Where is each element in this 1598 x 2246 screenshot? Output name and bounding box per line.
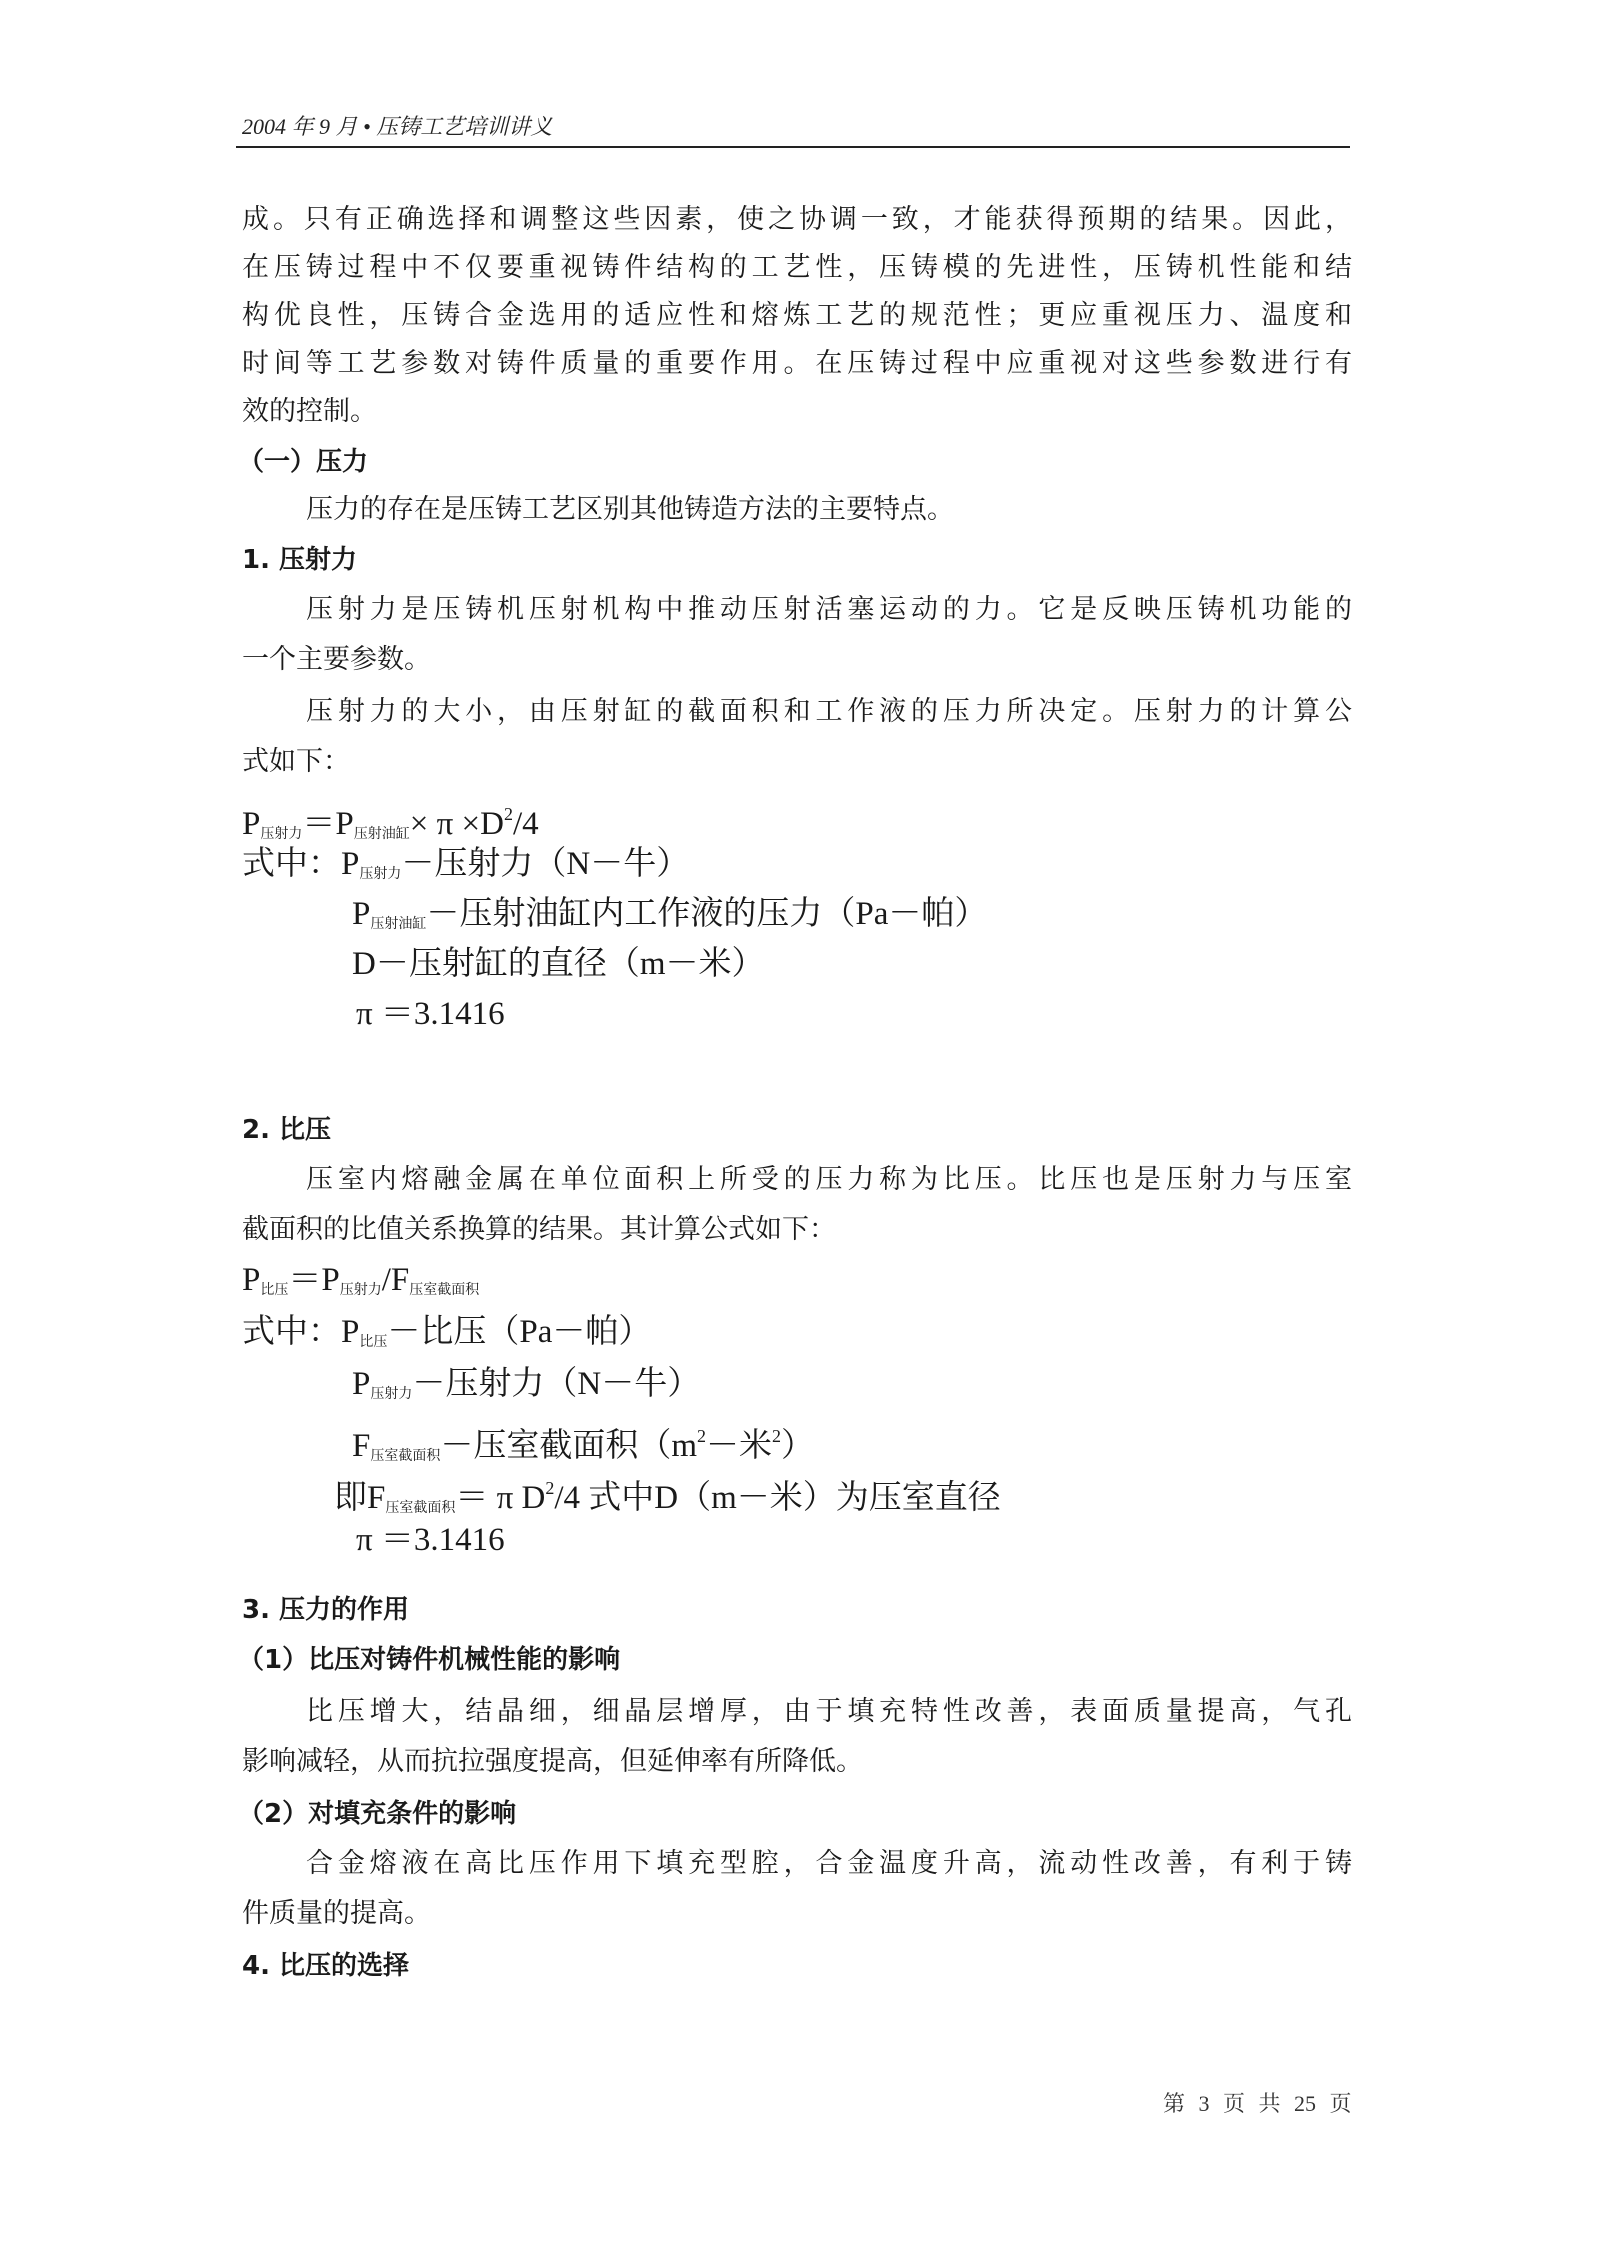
formula-symbol: P bbox=[335, 806, 353, 842]
legend-description: －压射油缸内工作液的压力（Pa－帕） bbox=[426, 896, 987, 932]
paragraph-line: 合金熔液在高比压作用下填充型腔，合金温度升高，流动性改善，有利于铸 bbox=[306, 1844, 1352, 1884]
legend-symbol: P bbox=[352, 1366, 370, 1402]
formula-expression: × π ×D bbox=[410, 806, 504, 842]
formula-subscript: 压射力 bbox=[260, 827, 302, 842]
legend-description: －压射力（N－牛） bbox=[401, 846, 689, 882]
formula-expression: /4 式中D（m－米）为压室直径 bbox=[554, 1480, 1000, 1516]
legend-prefix: 式中： bbox=[242, 846, 341, 882]
legend-subscript: 压射力 bbox=[370, 1387, 412, 1402]
formula-legend-row: D－压射缸的直径（m－米） bbox=[352, 942, 765, 986]
legend-description: ＝3.1416 bbox=[373, 996, 505, 1032]
subsection-heading: 3. 压力的作用 bbox=[242, 1590, 409, 1630]
paragraph-line: 压室内熔融金属在单位面积上所受的压力称为比压。比压也是压射力与压室 bbox=[306, 1160, 1352, 1200]
formula-legend-row: P压射力－压射力（N－牛） bbox=[352, 1362, 700, 1417]
legend-description: －比压（Pa－帕） bbox=[387, 1314, 651, 1350]
paragraph-line: 式如下： bbox=[242, 742, 350, 782]
formula-subscript: 比压 bbox=[260, 1283, 288, 1298]
paragraph-line: 效的控制。 bbox=[242, 392, 377, 432]
legend-description: －米 bbox=[706, 1428, 772, 1464]
legend-symbol: π bbox=[356, 996, 373, 1032]
legend-description: －压射力（N－牛） bbox=[412, 1366, 700, 1402]
document-page: 2004 年 9 月 • 压铸工艺培训讲义 成。只有正确选择和调整这些因素，使之… bbox=[0, 0, 1598, 2246]
legend-description: －压室截面积（m bbox=[440, 1428, 697, 1464]
formula-legend-row: 式中：P比压－比压（Pa－帕） bbox=[242, 1310, 651, 1365]
formula-superscript: 2 bbox=[504, 804, 513, 824]
formula-specific-pressure: P比压＝P压射力/F压室截面积 bbox=[242, 1258, 479, 1313]
header-divider bbox=[236, 146, 1350, 148]
legend-superscript: 2 bbox=[772, 1426, 781, 1446]
formula-superscript: 2 bbox=[545, 1478, 554, 1498]
paragraph-line: 一个主要参数。 bbox=[242, 640, 431, 680]
legend-superscript: 2 bbox=[697, 1426, 706, 1446]
formula-equals: ＝ bbox=[288, 1262, 321, 1298]
paragraph-line: 时间等工艺参数对铸件质量的重要作用。在压铸过程中应重视对这些参数进行有 bbox=[242, 344, 1352, 384]
formula-expression: /F bbox=[382, 1262, 410, 1298]
header-title: 2004 年 9 月 • 压铸工艺培训讲义 bbox=[242, 112, 1350, 142]
legend-prefix: 式中： bbox=[242, 1314, 341, 1350]
paragraph-line: 成。只有正确选择和调整这些因素，使之协调一致，才能获得预期的结果。因此， bbox=[242, 200, 1352, 240]
formula-legend-row: π ＝3.1416 bbox=[356, 992, 505, 1036]
page-number: 第 3 页 共 25 页 bbox=[1163, 2087, 1352, 2118]
legend-subscript: 比压 bbox=[359, 1335, 387, 1350]
legend-description: －压射缸的直径（m－米） bbox=[376, 946, 765, 982]
legend-symbol: P bbox=[341, 846, 359, 882]
formula-expression: 即F bbox=[334, 1480, 385, 1516]
legend-description: ） bbox=[781, 1428, 814, 1464]
formula-legend-row: P压射油缸－压射油缸内工作液的压力（Pa－帕） bbox=[352, 892, 987, 947]
formula-symbol: P bbox=[242, 1262, 260, 1298]
formula-expression: /4 bbox=[513, 806, 539, 842]
formula-symbol: P bbox=[242, 806, 260, 842]
formula-symbol: P bbox=[321, 1262, 339, 1298]
formula-subscript: 压射油缸 bbox=[354, 827, 410, 842]
subsection-heading: 1. 压射力 bbox=[242, 540, 357, 580]
paragraph-line: 截面积的比值关系换算的结果。其计算公式如下： bbox=[242, 1210, 836, 1250]
legend-symbol: F bbox=[352, 1428, 370, 1464]
legend-subscript: 压射力 bbox=[359, 867, 401, 882]
formula-subscript: 压射力 bbox=[340, 1283, 382, 1298]
subsection-heading: 2. 比压 bbox=[242, 1110, 331, 1150]
subsection-heading: （1）比压对铸件机械性能的影响 bbox=[238, 1640, 620, 1680]
section-heading: （一）压力 bbox=[238, 442, 368, 482]
formula-legend-row: 式中：P压射力－压射力（N－牛） bbox=[242, 842, 689, 897]
formula-pi-value: π ＝3.1416 bbox=[356, 1518, 505, 1562]
legend-symbol: D bbox=[352, 946, 376, 982]
paragraph-line: 在压铸过程中不仅要重视铸件结构的工艺性，压铸模的先进性，压铸机性能和结 bbox=[242, 248, 1352, 288]
paragraph-line: 压射力的大小，由压射缸的截面积和工作液的压力所决定。压射力的计算公 bbox=[306, 692, 1352, 732]
paragraph-line: 件质量的提高。 bbox=[242, 1894, 431, 1934]
paragraph-line: 构优良性，压铸合金选用的适应性和熔炼工艺的规范性；更应重视压力、温度和 bbox=[242, 296, 1352, 336]
paragraph-line: 压力的存在是压铸工艺区别其他铸造方法的主要特点。 bbox=[306, 490, 954, 530]
formula-equals: ＝ bbox=[302, 806, 335, 842]
paragraph-line: 压射力是压铸机压射机构中推动压射活塞运动的力。它是反映压铸机功能的 bbox=[306, 590, 1352, 630]
legend-symbol: P bbox=[352, 896, 370, 932]
subsection-heading: 4. 比压的选择 bbox=[242, 1946, 409, 1986]
page-header: 2004 年 9 月 • 压铸工艺培训讲义 bbox=[242, 112, 1350, 142]
legend-subscript: 压射油缸 bbox=[370, 917, 426, 932]
legend-subscript: 压室截面积 bbox=[370, 1449, 440, 1464]
formula-expression: ＝ π D bbox=[455, 1480, 545, 1516]
legend-symbol: P bbox=[341, 1314, 359, 1350]
formula-subscript: 压室截面积 bbox=[385, 1501, 455, 1516]
paragraph-line: 影响减轻，从而抗拉强度提高，但延伸率有所降低。 bbox=[242, 1742, 863, 1782]
formula-subscript: 压室截面积 bbox=[409, 1283, 479, 1298]
paragraph-line: 比压增大，结晶细，细晶层增厚，由于填充特性改善，表面质量提高，气孔 bbox=[306, 1692, 1352, 1732]
subsection-heading: （2）对填充条件的影响 bbox=[238, 1794, 516, 1834]
